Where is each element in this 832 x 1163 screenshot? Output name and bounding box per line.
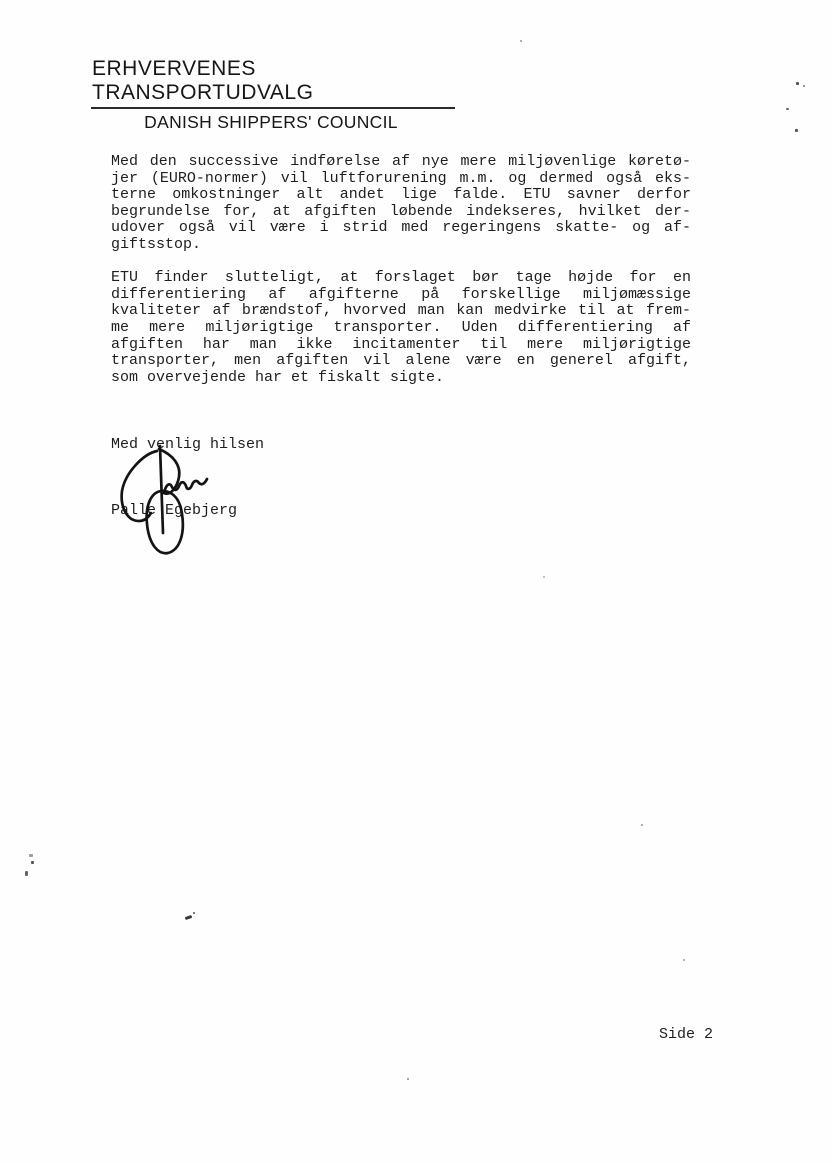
body-line: jer (EURO-normer) vil luftforurening m.m…	[111, 171, 691, 188]
body-line: me mere miljørigtige transporter. Uden d…	[111, 320, 691, 337]
body-line: transporter, men afgiften vil alene være…	[111, 353, 691, 370]
body-line: ETU finder slutteligt, at forslaget bør …	[111, 270, 691, 287]
scan-speck	[25, 871, 28, 876]
scan-speck	[185, 915, 193, 920]
body-line: terne omkostninger alt andet lige falde.…	[111, 187, 691, 204]
scan-speck	[795, 129, 798, 132]
letterhead: ERHVERVENES TRANSPORTUDVALG DANISH SHIPP…	[91, 57, 455, 133]
scanned-letter-page: { "header": { "org_name": "ERHVERVENES T…	[0, 0, 832, 1163]
body-line: differentiering af afgifterne på forskel…	[111, 287, 691, 304]
paragraph: ETU finder slutteligt, at forslaget bør …	[111, 270, 691, 386]
scan-speck	[520, 40, 522, 42]
letter-body: Med den successive indførelse af nye mer…	[111, 154, 691, 403]
scan-speck	[803, 85, 805, 87]
closing-salutation: Med venlig hilsen	[111, 437, 264, 454]
page-number: Side 2	[659, 1027, 713, 1044]
scan-speck	[29, 854, 33, 857]
scan-speck	[31, 861, 34, 864]
scan-speck	[407, 1078, 409, 1080]
scan-speck	[193, 912, 195, 914]
scan-speck	[543, 576, 545, 578]
signer-name: Palle Egebjerg	[111, 503, 237, 520]
scan-speck	[683, 959, 685, 961]
org-name: ERHVERVENES TRANSPORTUDVALG	[91, 57, 455, 109]
body-line: udover også vil være i strid med regerin…	[111, 220, 691, 237]
body-line: kvaliteter af brændstof, hvorved man kan…	[111, 303, 691, 320]
paragraph: Med den successive indførelse af nye mer…	[111, 154, 691, 254]
body-line: som overvejende har et fiskalt sigte.	[111, 370, 691, 387]
body-line: Med den successive indførelse af nye mer…	[111, 154, 691, 171]
body-line: giftsstop.	[111, 237, 691, 254]
scan-speck	[796, 82, 799, 85]
body-line: afgiften har man ikke incitamenter til m…	[111, 337, 691, 354]
scan-speck	[641, 824, 643, 826]
scan-speck	[786, 108, 789, 110]
org-subtitle: DANISH SHIPPERS' COUNCIL	[91, 112, 451, 133]
signature-icon	[115, 441, 215, 559]
body-line: begrundelse for, at afgiften løbende ind…	[111, 204, 691, 221]
